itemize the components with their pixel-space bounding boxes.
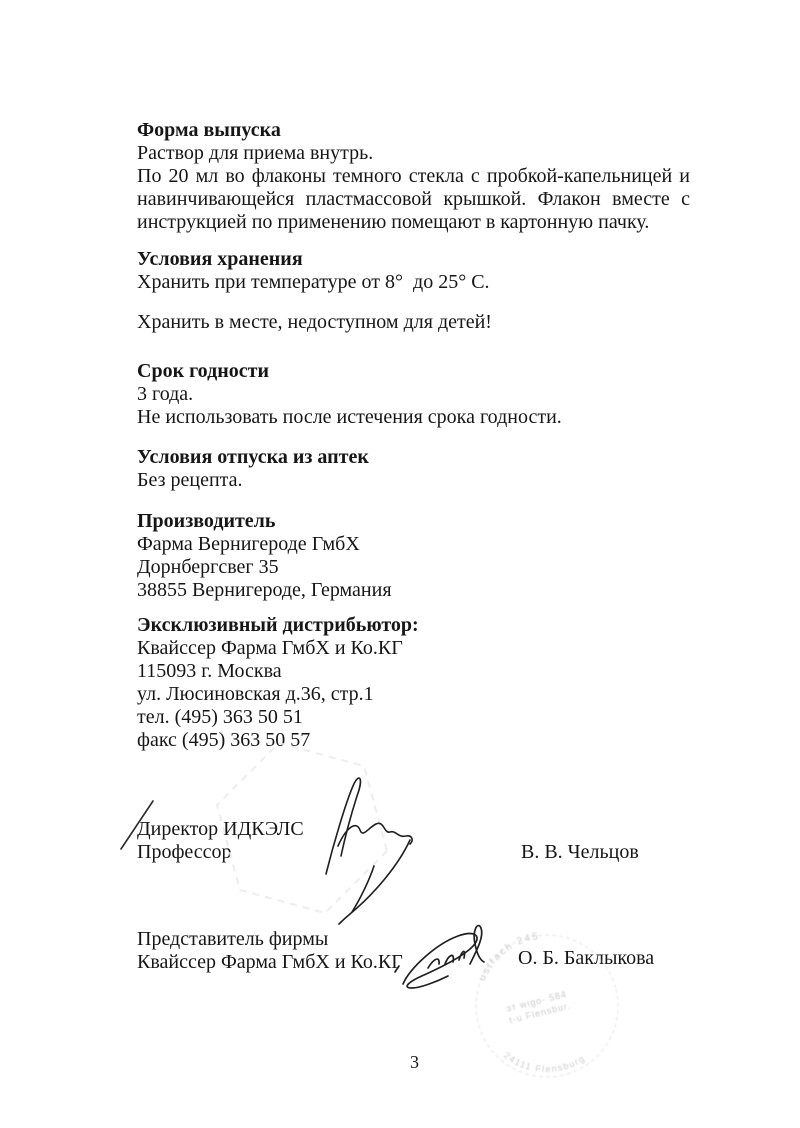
director-name: В. В. Чельцов xyxy=(521,841,639,864)
text-line: тел. (495) 363 50 51 xyxy=(137,706,690,729)
section-heading: Производитель xyxy=(137,510,690,533)
section-heading: Срок годности xyxy=(137,360,690,383)
section-manufacturer: Производитель Фарма Вернигероде ГмбХ Дор… xyxy=(137,510,690,602)
page-number: 3 xyxy=(410,1051,419,1074)
company-stamp-icon: ustfach 245 эт wigo- 584 t-u Flensbur. 2… xyxy=(460,916,633,1093)
section-distributor: Эксклюзивный дистрибьютор: Квайссер Фарм… xyxy=(137,614,690,752)
text-line: 115093 г. Москва xyxy=(137,660,690,683)
section-heading: Условия хранения xyxy=(137,248,690,271)
text-line: навинчивающейся пластмассовой крышкой. Ф… xyxy=(137,188,690,211)
text-line: Не использовать после истечения срока го… xyxy=(137,406,690,429)
section-storage: Условия хранения Хранить при температуре… xyxy=(137,248,690,334)
representative-signature-icon xyxy=(395,926,484,988)
svg-text:24111 Flensburg: 24111 Flensburg xyxy=(500,1032,588,1085)
text-line: факс (495) 363 50 57 xyxy=(137,729,690,752)
text-line: По 20 мл во флаконы темного стекла с про… xyxy=(137,165,690,188)
representative-name: О. Б. Баклыкова xyxy=(518,947,654,970)
section-heading: Эксклюзивный дистрибьютор: xyxy=(137,614,690,637)
section-release-form: Форма выпуска Раствор для приема внутрь.… xyxy=(137,119,690,234)
section-shelf-life: Срок годности 3 года. Не использовать по… xyxy=(137,360,690,429)
director-title-block: Директор ИДКЭЛС Профессор xyxy=(137,818,304,864)
director-subtitle: Профессор xyxy=(137,841,304,864)
text-line: 38855 Вернигероде, Германия xyxy=(137,579,690,602)
text-line: Хранить при температуре от 8° до 25° С. xyxy=(137,271,690,294)
stamp-center-line1: эт wigo- 584 xyxy=(505,989,568,1014)
text-line: Раствор для приема внутрь. xyxy=(137,142,690,165)
representative-subtitle: Квайссер Фарма ГмбХ и Ко.КГ xyxy=(137,951,403,974)
blank-line xyxy=(137,294,690,311)
section-heading: Условия отпуска из аптек xyxy=(137,446,690,469)
text-line: Фарма Вернигероде ГмбХ xyxy=(137,533,690,556)
representative-title-block: Представитель фирмы Квайссер Фарма ГмбХ … xyxy=(137,928,403,974)
director-signature-icon xyxy=(326,778,412,924)
representative-title: Представитель фирмы xyxy=(137,928,403,951)
text-line: Квайссер Фарма ГмбХ и Ко.КГ xyxy=(137,637,690,660)
section-dispensing: Условия отпуска из аптек Без рецепта. xyxy=(137,446,690,492)
stamp-center-line2: t-u Flensbur. xyxy=(508,1000,572,1025)
text-line: Без рецепта. xyxy=(137,469,690,492)
section-heading: Форма выпуска xyxy=(137,119,690,142)
director-title: Директор ИДКЭЛС xyxy=(137,818,304,841)
text-line: Дорнбергсвег 35 xyxy=(137,556,690,579)
document-page: Форма выпуска Раствор для приема внутрь.… xyxy=(0,0,800,1128)
text-line: ул. Люсиновская д.36, стр.1 xyxy=(137,683,690,706)
document-body: Форма выпуска Раствор для приема внутрь.… xyxy=(137,119,690,752)
text-line: Хранить в месте, недоступном для детей! xyxy=(137,311,690,334)
text-line: инструкцией по применению помещают в кар… xyxy=(137,211,690,234)
text-line: 3 года. xyxy=(137,383,690,406)
stamp-bottom-arc-text: 24111 Flensburg xyxy=(500,1032,588,1085)
